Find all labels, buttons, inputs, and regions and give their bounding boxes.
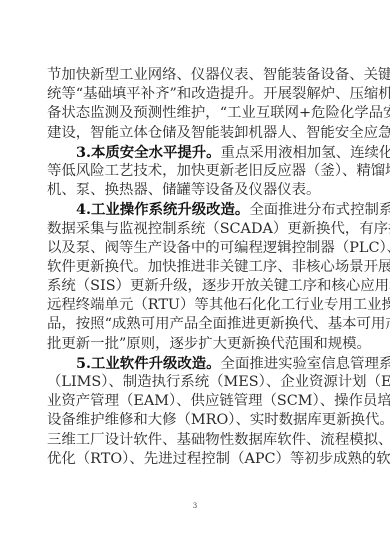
section-5-first-line: 5.工业软件升级改造。全面推进实验室信息管理系统 [47,354,347,373]
text-line: 数据采集与监视控制系统（SCADA）更新换代，有序推进生产线 [47,220,347,239]
section-4-first-line: 4.工业操作系统升级改造。全面推进分布式控制系统（DCS）、 [47,200,347,219]
text-line: 系统（SIS）更新升级，逐步开放关键工序和核心应用场景。对于 [47,277,347,296]
body-text: 节加快新型工业网络、仪器仪表、智能装备设备、关键软件和系 统等“基础填平补齐”和… [47,66,347,469]
section-4-text: 全面推进分布式控制系统（DCS）、 [249,202,390,218]
section-heading-3: 3.本质安全水平提升。 [76,144,221,161]
section-heading-5: 5.工业软件升级改造。 [76,355,221,372]
text-line: 三维工厂设计软件、基础物性数据库软件、流程模拟、在线实时 [47,431,347,450]
text-line: （LIMS）、制造执行系统（MES）、企业资源计划（ERP）、企 [47,373,347,392]
text-line: 批更新一批”原则，逐步扩大更新换代范围和规模。 [47,335,347,354]
text-line: 远程终端单元（RTU）等其他石化化工行业专用工业操作系统产 [47,296,347,315]
text-line: 建设，智能立体仓储及智能装卸机器人、智能安全应急设备应用。 [47,124,347,143]
text-line: 备状态监测及预测性维护，“工业互联网+危险化学品安全生产” [47,104,347,123]
text-line: 品，按照“成熟可用产品全面推进更新换代、基本可用产品成熟一 [47,315,347,334]
section-5-text: 全面推进实验室信息管理系统 [221,356,390,372]
document-page: 节加快新型工业网络、仪器仪表、智能装备设备、关键软件和系 统等“基础填平补齐”和… [0,0,390,551]
text-line: 等低风险工艺技术，加快更新老旧反应器（釜）、精馏塔、压缩 [47,162,347,181]
section-3-text: 重点采用液相加氢、连续化、微反应 [221,145,390,161]
section-heading-4: 4.工业操作系统升级改造。 [76,201,249,218]
text-line: 统等“基础填平补齐”和改造提升。开展裂解炉、压缩机等主要设 [47,85,347,104]
page-number: 3 [190,502,200,510]
text-line: 软件更新换代。加快推进非关键工序、非核心场景开展安全仪表 [47,258,347,277]
text-line: 节加快新型工业网络、仪器仪表、智能装备设备、关键软件和系 [47,66,347,85]
text-line: 机、泵、换热器、储罐等设备及仪器仪表。 [47,181,347,200]
text-line: 以及泵、阀等生产设备中的可编程逻辑控制器（PLC）、嵌入式 [47,239,347,258]
text-line: 优化（RTO）、先进过程控制（APC）等初步成熟的软件加快开 [47,450,347,469]
text-line: 设备维护维修和大修（MRO）、实时数据库更新换代。对于石化 [47,411,347,430]
text-line: 业资产管理（EAM）、供应链管理（SCM）、操作员培训系统（OTS）、 [47,392,347,411]
section-3-first-line: 3.本质安全水平提升。重点采用液相加氢、连续化、微反应 [47,143,347,162]
